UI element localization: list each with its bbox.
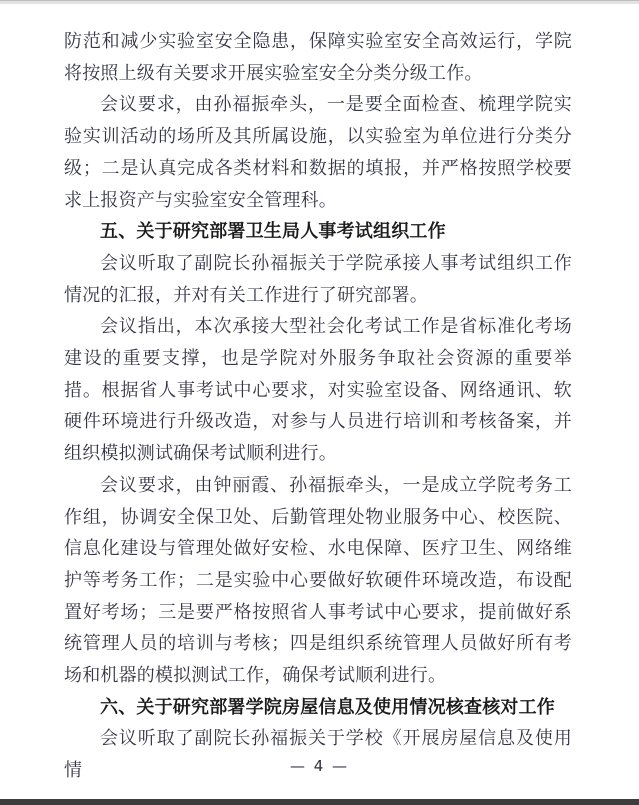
body-paragraph: 会议要求，由钟丽霞、孙福振牵头，一是成立学院考务工作组，协调安全保卫处、后勤管理… [64,470,572,692]
document-body: 防范和减少实验室安全隐患，保障实验室安全高效运行，学院将按照上级有关要求开展实验… [64,26,572,787]
section-heading: 五、关于研究部署卫生局人事考试组织工作 [64,216,572,248]
page-number: — 4 — [0,756,639,776]
body-paragraph: 会议指出，本次承接大型社会化考试工作是省标准化考场建设的重要支撑，也是学院对外服… [64,311,572,470]
body-paragraph: 会议听取了副院长孙福振关于学院承接人事考试组织工作情况的汇报，并对有关工作进行了… [64,248,572,311]
section-heading: 六、关于研究部署学院房屋信息及使用情况核查核对工作 [64,692,572,724]
body-paragraph: 会议要求，由孙福振牵头，一是要全面检查、梳理学院实验实训活动的场所及其所属设施，… [64,89,572,216]
scan-top-edge [0,0,639,4]
scanned-document-page: { "document": { "blocks": [ { "type": "p… [0,0,639,805]
scan-bottom-edge [0,799,639,805]
body-paragraph: 防范和减少实验室安全隐患，保障实验室安全高效运行，学院将按照上级有关要求开展实验… [64,26,572,89]
